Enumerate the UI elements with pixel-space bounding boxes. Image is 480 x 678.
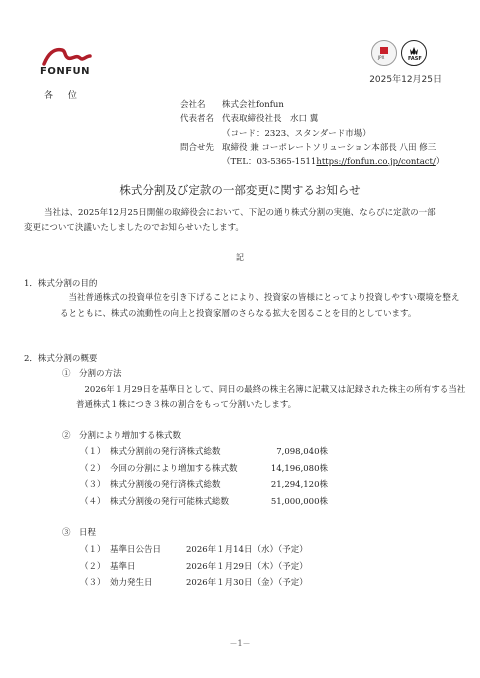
fasf-badge-icon: FASF bbox=[401, 40, 427, 66]
intro-line-1: 当社は、2025年12月25日開催の取締役会において、下記の通り株式分割の実施、… bbox=[44, 206, 436, 218]
info-row-company: 会社名 株式会社fonfun bbox=[180, 98, 444, 112]
share-count-table: （１） 株式分割前の発行済株式総数 7,098,040株 （２） 今回の分割によ… bbox=[80, 443, 328, 509]
logo-text: FONFUN bbox=[40, 66, 90, 77]
page-number: －1－ bbox=[0, 638, 480, 649]
table-row: （１） 株式分割前の発行済株式総数 7,098,040株 bbox=[80, 443, 328, 460]
schedule-table: （１） 基準日公告日 2026年１月14日（水）（予定） （２） 基準日 202… bbox=[80, 541, 308, 591]
section-1-body: 当社普通株式の投資単位を引き下げることにより、投資家の皆様にとってより投資しやす… bbox=[60, 291, 460, 322]
table-row: （４） 株式分割後の発行可能株式総数 51,000,000株 bbox=[80, 493, 328, 510]
intro-line-2: 変更について決議いたしましたのでお知らせいたします。 bbox=[24, 221, 244, 233]
table-row: （２） 今回の分割により増加する株式数 14,196,080株 bbox=[80, 460, 328, 477]
section-2-heading: 2．株式分割の概要 bbox=[24, 352, 97, 364]
fonfun-logo-icon bbox=[40, 44, 92, 68]
document-title: 株式分割及び定款の一部変更に関するお知らせ bbox=[0, 182, 480, 198]
company-logo: FONFUN bbox=[40, 44, 92, 84]
section-1-heading: 1．株式分割の目的 bbox=[24, 277, 97, 289]
contact-link[interactable]: https://fonfun.co.jp/contact/ bbox=[316, 155, 435, 169]
table-row: （２） 基準日 2026年１月29日（木）（予定） bbox=[80, 558, 308, 575]
info-row-code: （コード：2323、スタンダード市場） bbox=[180, 127, 444, 141]
table-row: （１） 基準日公告日 2026年１月14日（水）（予定） bbox=[80, 541, 308, 558]
info-row-contact: 問合せ先 取締役 兼 コーポレートソリューション本部長 八田 修三 bbox=[180, 141, 444, 155]
sub3-heading: ③ 日程 bbox=[62, 526, 96, 538]
addressee: 各 位 bbox=[44, 88, 83, 101]
sub1-body: 2026年１月29日を基準日として、同日の最終の株主名簿に記載又は記録された株主… bbox=[76, 383, 466, 413]
info-row-representative: 代表者名 代表取締役社長 水口 翼 bbox=[180, 112, 444, 126]
ki-marker: 記 bbox=[0, 252, 480, 263]
company-info: 会社名 株式会社fonfun 代表者名 代表取締役社長 水口 翼 （コード：23… bbox=[180, 98, 444, 169]
info-row-tel: （TEL：03-5365-1511 https://fonfun.co.jp/c… bbox=[180, 155, 444, 169]
jpx-badge-icon: JPX bbox=[371, 40, 397, 66]
sub1-heading: ① 分割の方法 bbox=[62, 367, 122, 379]
table-row: （３） 株式分割後の発行済株式総数 21,294,120株 bbox=[80, 476, 328, 493]
document-date: 2025年12月25日 bbox=[369, 72, 442, 85]
table-row: （３） 効力発生日 2026年１月30日（金）（予定） bbox=[80, 574, 308, 591]
sub2-heading: ② 分割により増加する株式数 bbox=[62, 429, 181, 441]
